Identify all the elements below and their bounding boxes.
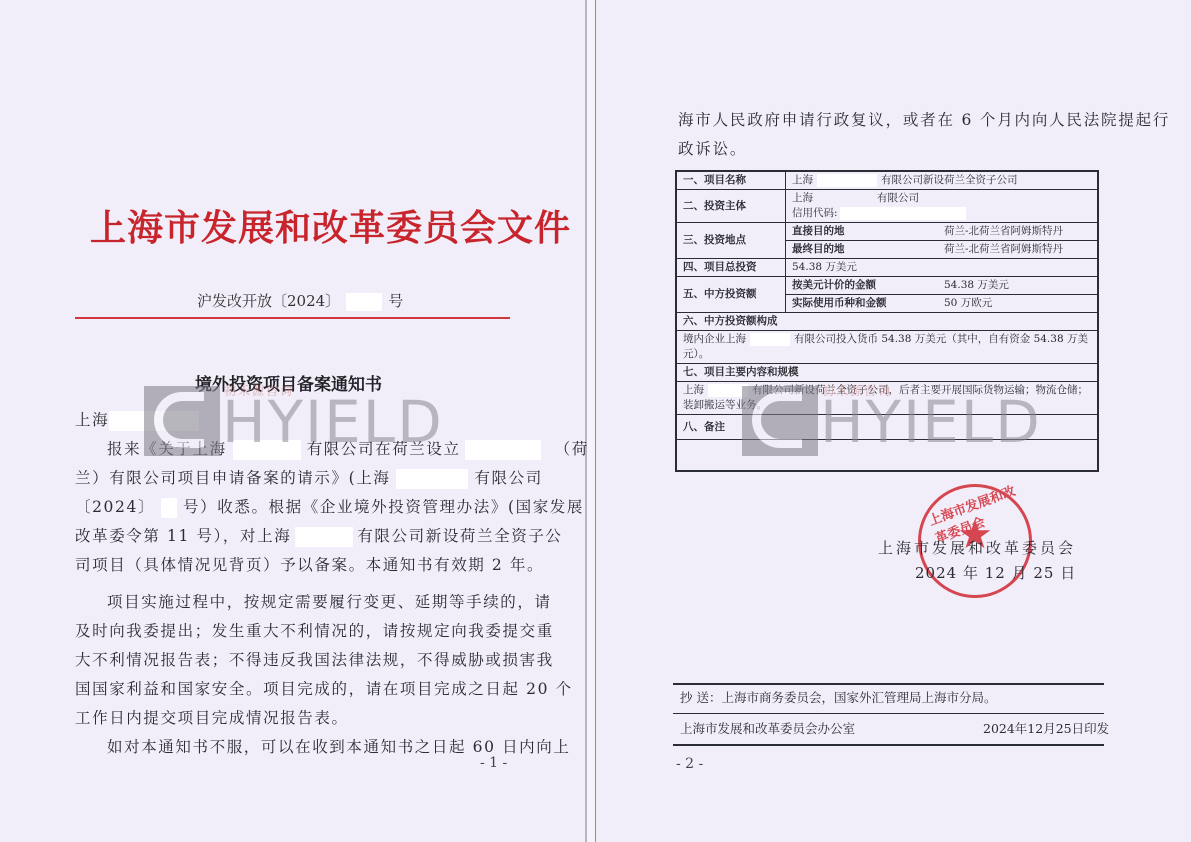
redaction — [817, 174, 877, 187]
body-line: 司项目（具体情况见背页）予以备案。本通知书有效期 2 年。 — [75, 553, 544, 575]
redaction — [161, 498, 177, 518]
body-line: 项目实施过程中，按规定需要履行变更、延期等手续的，请 — [107, 590, 552, 612]
redaction — [295, 527, 353, 547]
redaction — [109, 411, 199, 431]
addressee: 上海 — [75, 408, 199, 431]
body-line: 〔2024〕号）收悉。根据《企业境外投资管理办法》(国家发展 — [75, 495, 584, 518]
body-line: 兰）有限公司项目申请备案的请示》(上海有限公司 — [75, 466, 543, 489]
redaction — [750, 333, 790, 346]
table-row: 八、备注 — [676, 415, 1098, 440]
page-number: - 1 - — [480, 755, 507, 771]
body-line: 国国家利益和国家安全。项目完成的，请在项目完成之日起 20 个 — [75, 677, 573, 699]
redaction — [840, 207, 966, 220]
redaction — [465, 440, 541, 460]
body-line: 大不利情况报告表；不得违反我国法律法规，不得威胁或损害我 — [75, 648, 554, 670]
redaction — [396, 469, 468, 489]
body-line: 政诉讼。 — [678, 137, 747, 159]
page-number: - 2 - — [676, 756, 703, 772]
body-line: 如对本通知书不服，可以在收到本通知书之日起 60 日内向上 — [107, 735, 570, 757]
page-gutter — [585, 0, 596, 842]
signature-organization: 上海市发展和改革委员会 — [878, 537, 1076, 558]
issue-date: 2024年12月25日印发 — [983, 719, 1109, 737]
table-row: 二、投资主体 上海有限公司 信用代码: — [676, 190, 1098, 223]
table-row: 四、项目总投资 54.38 万美元 — [676, 259, 1098, 277]
table-row: 上海有限公司新设荷兰全资子公司，后者主要开展国际货物运输；物流仓储；装卸搬运等业… — [676, 382, 1098, 415]
notice-title: 境外投资项目备案通知书 — [195, 370, 382, 395]
table-row: 五、中方投资额 按美元计价的金额 54.38 万美元 — [676, 277, 1098, 295]
body-line: 海市人民政府申请行政复议，或者在 6 个月内向人民法院提起行 — [678, 108, 1170, 130]
document-header: 上海市发展和改革委员会文件 — [90, 200, 571, 251]
table-row: 七、项目主要内容和规模 — [676, 364, 1098, 382]
body-line: 改革委令第 11 号），对上海有限公司新设荷兰全资子公 — [75, 524, 563, 547]
redaction — [708, 384, 748, 397]
footer-rule-top — [673, 683, 1104, 685]
cc-line: 抄 送：上海市商务委员会，国家外汇管理局上海市分局。 — [680, 688, 996, 706]
body-line: 报来《关于上海有限公司在荷兰设立（荷 — [107, 437, 589, 460]
issuer: 上海市发展和改革委员会办公室 — [680, 719, 855, 737]
document-number: 沪发改开放〔2024〕号 — [197, 290, 403, 311]
redaction — [233, 440, 301, 460]
footer-rule-mid — [673, 713, 1104, 714]
body-line: 及时向我委提出；发生重大不利情况的，请按规定向我委提交重 — [75, 619, 554, 641]
project-info-table: 一、项目名称 上海有限公司新设荷兰全资子公司 二、投资主体 上海有限公司 信用代… — [675, 170, 1099, 472]
redaction — [346, 293, 382, 311]
footer-rule-bottom — [673, 744, 1104, 746]
table-row: 六、中方投资额构成 — [676, 313, 1098, 331]
signature-date: 2024 年 12 月 25 日 — [915, 562, 1076, 583]
header-divider — [75, 317, 510, 319]
table-row: 境内企业上海有限公司投入货币 54.38 万美元（其中，自有资金 54.38 万… — [676, 331, 1098, 364]
table-row — [676, 440, 1098, 472]
table-row: 一、项目名称 上海有限公司新设荷兰全资子公司 — [676, 171, 1098, 190]
body-line: 工作日内提交项目完成情况报告表。 — [75, 706, 349, 728]
table-row: 三、投资地点 直接目的地 荷兰-北荷兰省阿姆斯特丹 — [676, 223, 1098, 241]
